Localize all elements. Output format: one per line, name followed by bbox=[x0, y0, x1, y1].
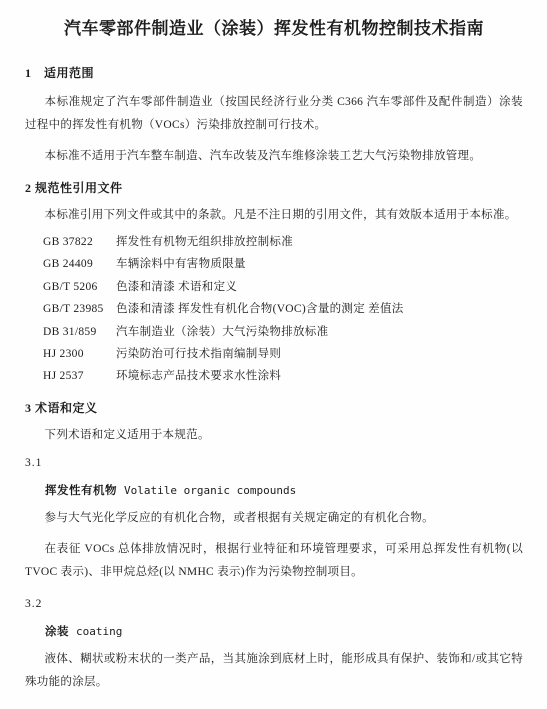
reference-row: HJ 2537 环境标志产品技术要求水性涂料 bbox=[43, 365, 523, 387]
reference-row: GB 24409 车辆涂料中有害物质限量 bbox=[43, 253, 523, 275]
term-heading: 涂装coating bbox=[45, 624, 523, 640]
reference-title: 污染防治可行技术指南编制导则 bbox=[116, 343, 523, 365]
reference-row: GB 37822 挥发性有机物无组织排放控制标准 bbox=[43, 231, 523, 253]
reference-row: GB/T 5206 色漆和清漆 术语和定义 bbox=[43, 276, 523, 298]
reference-code: HJ 2537 bbox=[43, 365, 116, 387]
term-name-en: coating bbox=[76, 625, 122, 638]
reference-list: GB 37822 挥发性有机物无组织排放控制标准 GB 24409 车辆涂料中有… bbox=[43, 231, 523, 388]
section-terms: 3 术语和定义 下列术语和定义适用于本规范。 3.1 挥发性有机物Volatil… bbox=[25, 400, 523, 694]
reference-code: GB/T 23985 bbox=[43, 298, 116, 320]
reference-code: GB/T 5206 bbox=[43, 276, 116, 298]
term-number: 3.2 bbox=[25, 596, 523, 612]
reference-row: DB 31/859 汽车制造业（涂装）大气污染物排放标准 bbox=[43, 321, 523, 343]
scope-paragraph-1: 本标准规定了汽车零部件制造业（按国民经济行业分类 C366 汽车零部件及配件制造… bbox=[25, 91, 523, 137]
section-scope: 1 适用范围 本标准规定了汽车零部件制造业（按国民经济行业分类 C366 汽车零… bbox=[25, 65, 523, 168]
term-heading: 挥发性有机物Volatile organic compounds bbox=[45, 483, 523, 499]
reference-title: 环境标志产品技术要求水性涂料 bbox=[116, 365, 523, 387]
reference-title: 挥发性有机物无组织排放控制标准 bbox=[116, 231, 523, 253]
reference-title: 色漆和清漆 挥发性有机化合物(VOC)含量的测定 差值法 bbox=[116, 298, 523, 320]
reference-title: 色漆和清漆 术语和定义 bbox=[116, 276, 523, 298]
reference-code: GB 37822 bbox=[43, 231, 116, 253]
section-references-heading: 2 规范性引用文件 bbox=[25, 180, 523, 196]
terms-intro: 下列术语和定义适用于本规范。 bbox=[25, 424, 523, 447]
term-definition-3-2: 3.2 涂装coating 液体、糊状或粉末状的一类产品，当其施涂到底材上时，能… bbox=[25, 596, 523, 694]
document-title: 汽车零部件制造业（涂装）挥发性有机物控制技术指南 bbox=[25, 17, 523, 41]
term-name-cn: 挥发性有机物 bbox=[45, 485, 117, 497]
section-references: 2 规范性引用文件 本标准引用下列文件或其中的条款。凡是不注日期的引用文件，其有… bbox=[25, 180, 523, 388]
section-terms-heading: 3 术语和定义 bbox=[25, 400, 523, 416]
reference-row: GB/T 23985 色漆和清漆 挥发性有机化合物(VOC)含量的测定 差值法 bbox=[43, 298, 523, 320]
term-definition-text: 参与大气光化学反应的有机化合物，或者根据有关规定确定的有机化合物。 bbox=[25, 507, 523, 530]
reference-code: GB 24409 bbox=[43, 253, 116, 275]
document-page: 汽车零部件制造业（涂装）挥发性有机物控制技术指南 1 适用范围 本标准规定了汽车… bbox=[0, 0, 547, 709]
term-definition-3-1: 3.1 挥发性有机物Volatile organic compounds 参与大… bbox=[25, 455, 523, 584]
term-name-cn: 涂装 bbox=[45, 626, 69, 638]
term-note-text: 在表征 VOCs 总体排放情况时，根据行业特征和环境管理要求，可采用总挥发性有机… bbox=[25, 538, 523, 584]
reference-title: 汽车制造业（涂装）大气污染物排放标准 bbox=[116, 321, 523, 343]
reference-row: HJ 2300 污染防治可行技术指南编制导则 bbox=[43, 343, 523, 365]
scope-paragraph-2: 本标准不适用于汽车整车制造、汽车改装及汽车维修涂装工艺大气污染物排放管理。 bbox=[25, 145, 523, 168]
term-number: 3.1 bbox=[25, 455, 523, 471]
term-definition-text: 液体、糊状或粉末状的一类产品，当其施涂到底材上时，能形成具有保护、装饰和/或其它… bbox=[25, 648, 523, 694]
reference-code: HJ 2300 bbox=[43, 343, 116, 365]
term-name-en: Volatile organic compounds bbox=[124, 484, 296, 497]
reference-code: DB 31/859 bbox=[43, 321, 116, 343]
references-intro: 本标准引用下列文件或其中的条款。凡是不注日期的引用文件，其有效版本适用于本标准。 bbox=[25, 204, 523, 227]
reference-title: 车辆涂料中有害物质限量 bbox=[116, 253, 523, 275]
section-scope-heading: 1 适用范围 bbox=[25, 65, 523, 81]
